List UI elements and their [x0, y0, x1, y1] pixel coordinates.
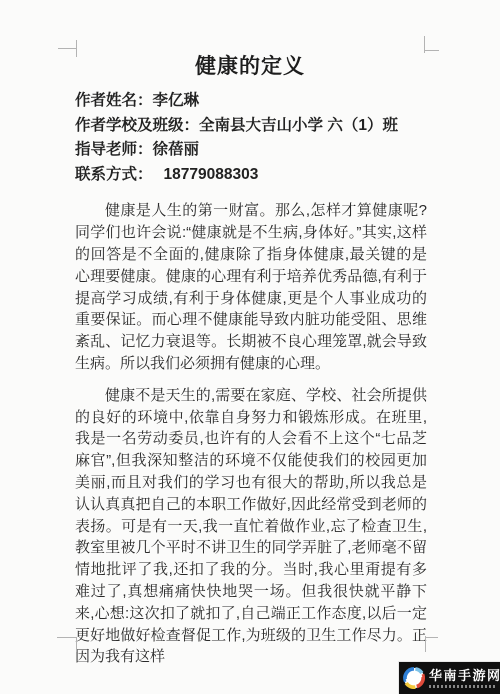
- site-watermark-tagline-strip: [429, 685, 495, 688]
- contact-row: 联系方式：18779088303: [75, 163, 427, 188]
- advisor-label: 指导老师：: [75, 141, 153, 158]
- author-name-label: 作者姓名：: [75, 92, 153, 109]
- document-page: 健康的定义 作者姓名：李亿琳 作者学校及班级：全南县大吉山小学 六（1）班 指导…: [0, 0, 500, 694]
- essay-body: 健康是人生的第一财富。那么,怎样才算健康呢?同学们也许会说:“健康就是不生病,身…: [75, 200, 427, 668]
- school-class-label: 作者学校及班级：: [75, 117, 199, 134]
- crop-mark-line: [425, 637, 438, 638]
- crop-mark-line: [424, 50, 439, 51]
- author-name-row: 作者姓名：李亿琳: [75, 89, 427, 114]
- advisor-value: 徐蓓丽: [153, 141, 200, 158]
- crop-mark-line: [58, 48, 77, 49]
- crop-mark-line: [76, 637, 77, 652]
- site-watermark-badge: 华南手游网: [398, 661, 500, 694]
- author-meta-block: 作者姓名：李亿琳 作者学校及班级：全南县大吉山小学 六（1）班 指导老师：徐蓓丽…: [75, 89, 427, 187]
- crop-mark-line: [57, 637, 77, 638]
- site-logo-icon: [403, 667, 425, 689]
- crop-mark-line: [425, 636, 426, 652]
- essay-paragraph: 健康是人生的第一财富。那么,怎样才算健康呢?同学们也许会说:“健康就是不生病,身…: [75, 200, 427, 374]
- essay-paragraph: 健康不是天生的,需要在家庭、学校、社会所提供的良好的环境中,依靠自身努力和锻炼形…: [75, 385, 427, 668]
- document-title: 健康的定义: [0, 0, 500, 80]
- contact-label: 联系方式：: [75, 166, 153, 183]
- school-class-row: 作者学校及班级：全南县大吉山小学 六（1）班: [75, 114, 427, 139]
- advisor-row: 指导老师：徐蓓丽: [75, 138, 427, 163]
- school-class-value: 全南县大吉山小学 六（1）班: [199, 117, 398, 134]
- site-watermark-text-column: 华南手游网: [429, 669, 500, 688]
- site-watermark-name: 华南手游网: [429, 669, 500, 682]
- contact-phone-value: 18779088303: [164, 166, 259, 183]
- author-name-value: 李亿琳: [153, 92, 200, 109]
